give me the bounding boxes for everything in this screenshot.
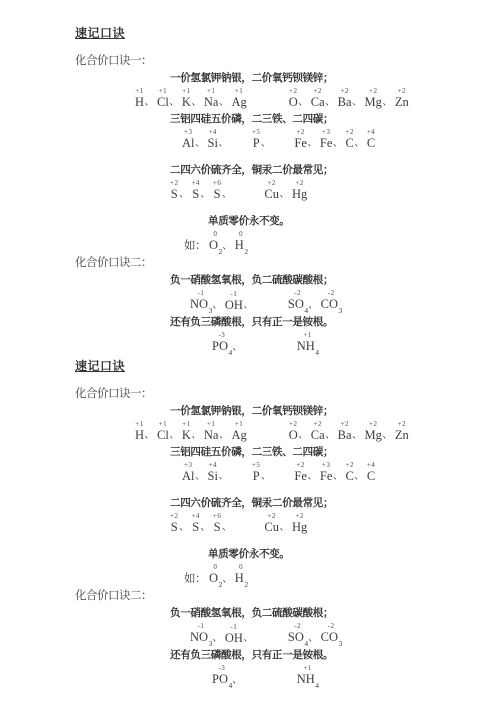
enumeration-separator: 、 [200,520,210,535]
chem-item: +1Cl、 [157,420,180,443]
chem-item: 0H2 [235,230,248,254]
chem-item: -1NO3、 [190,289,223,313]
element-symbol: C [367,469,375,484]
enumeration-separator: 、 [232,340,242,355]
formula-subscript: 4 [315,681,319,690]
element-symbol: Fe [294,136,307,151]
chem-item: +2S、 [170,179,189,202]
mnemonic-line-monovalent-divalent: 一价氢氯钾钠银，二价氧钙钡镁锌； [170,71,470,86]
document-page: 速记口诀 化合价口诀一： 一价氢氯钾钠银，二价氧钙钡镁锌； +1H、+1Cl、+… [0,0,500,708]
element-symbol: NH4 [297,339,319,355]
element-symbol: Fe [294,469,307,484]
chem-item: -2CO3 [321,622,342,646]
mnemonic-line-zero-valence: 单质零价永不变。 [208,214,470,229]
element-symbol: O2 [209,238,222,254]
formula-subscript: 4 [315,348,319,357]
enumeration-separator: 、 [325,428,335,443]
chem-item: +5P、 [252,461,271,484]
example-formulas: 0O2、0H2 [209,563,250,587]
chem-row-phosphate-ammonium: -3PO4、+1NH4 [212,331,470,355]
enumeration-separator: 、 [219,428,229,443]
valence-superscript: +1 [182,87,190,95]
valence-part1-label: 化合价口诀一： [75,387,470,402]
chem-item: +2Ca、 [311,87,336,110]
chem-group: +2Fe、+3Fe、+2C、+4C [294,128,377,151]
valence-superscript: -3 [218,331,225,339]
enumeration-separator: 、 [212,298,222,313]
element-symbol: Cu [264,520,279,535]
chem-item: +1Na、 [204,87,230,110]
chem-item: +1H、 [135,420,155,443]
enumeration-separator: 、 [222,187,232,202]
valence-superscript: +6 [213,512,221,520]
chem-group: +2S、+4S、+6S、 [170,512,234,535]
chem-row-valence-1-2: +1H、+1Cl、+1K、+1Na、+1Ag+2O、+2Ca、+2Ba、+2Mg… [135,87,470,110]
chem-item: +2Mg、 [365,87,393,110]
chem-group: +2S、+4S、+6S、 [170,179,234,202]
valence-superscript: +2 [296,128,304,136]
chem-group: -1NO3、-1OH、 [190,622,256,646]
valence-superscript: 0 [213,230,217,238]
valence-superscript: +1 [159,87,167,95]
enumeration-separator: 、 [222,572,232,587]
valence-superscript: +3 [322,461,330,469]
valence-superscript: -2 [328,289,335,297]
enumeration-separator: 、 [243,298,253,313]
chem-group: -3PO4、 [212,664,245,688]
chem-item: +5P、 [252,128,271,151]
element-symbol: NH4 [297,672,319,688]
enumeration-separator: 、 [218,136,228,151]
enumeration-separator: 、 [145,428,155,443]
formula-subscript: 4 [228,681,232,690]
chem-row-phosphate-ammonium: -3PO4、+1NH4 [212,664,470,688]
chem-item: -2SO4、 [288,289,319,313]
element-symbol: C [367,136,375,151]
enumeration-separator: 、 [261,469,271,484]
valence-superscript: +5 [252,128,260,136]
element-symbol: Ag [231,95,246,110]
enumeration-separator: 、 [200,187,210,202]
example-formulas: 0O2、0H2 [209,230,250,254]
chem-group: -2SO4、-2CO3 [288,289,344,313]
enumeration-separator: 、 [354,136,364,151]
enumeration-separator: 、 [333,469,343,484]
chem-item: +4S、 [191,512,210,535]
chem-item: +2Fe、 [294,461,318,484]
element-symbol: O [289,95,298,110]
chem-row-valence-3-4-5: +3Al、+4Si、+5P、+2Fe、+3Fe、+2C、+4C [182,461,470,484]
chem-row-zero-valence-example: 如： 0O2、0H2 [184,563,470,587]
chem-group: 0O2、0H2 [209,230,250,254]
example-prefix: 如： [184,572,206,587]
element-symbol: Ba [338,428,352,443]
chem-group: +3Al、+4Si、 [182,128,231,151]
element-symbol: Al [182,136,195,151]
chem-group: +2O、+2Ca、+2Ba、+2Mg、+2Zn [289,420,411,443]
chem-item: +2Zn [395,87,409,110]
chem-item: +2Zn [395,420,409,443]
enumeration-separator: 、 [195,136,205,151]
mnemonic-line-zero-valence: 单质零价永不变。 [208,547,470,562]
valence-superscript: +1 [235,420,243,428]
chem-item: +1Ag [231,87,246,110]
valence-superscript: +1 [159,420,167,428]
element-symbol: Fe [320,136,333,151]
element-symbol: K [182,428,191,443]
element-symbol: S [192,187,199,202]
element-symbol: C [345,469,353,484]
valence-superscript: +1 [182,420,190,428]
mnemonic-line-monovalent-divalent: 一价氢氯钾钠银，二价氧钙钡镁锌； [170,404,470,419]
chem-item: +2O、 [289,87,309,110]
chem-group: 0O2、0H2 [209,563,250,587]
mnemonic-section-2: 速记口诀 化合价口诀一： 一价氢氯钾钠银，二价氧钙钡镁锌； +1H、+1Cl、+… [75,359,470,688]
valence-superscript: +2 [345,461,353,469]
chem-item: +2Ba、 [338,420,363,443]
chem-item: +3Al、 [182,128,206,151]
chem-row-valence-1-2: +1H、+1Cl、+1K、+1Na、+1Ag+2O、+2Ca、+2Ba、+2Mg… [135,420,470,443]
chem-item: +3Fe、 [320,128,344,151]
chem-item: +6S、 [213,179,232,202]
enumeration-separator: 、 [243,631,253,646]
chem-row-negative-roots: -1NO3、-1OH、-2SO4、-2CO3 [190,289,470,313]
chem-item: +2C、 [345,461,364,484]
element-symbol: P [253,469,260,484]
element-symbol: Ca [311,95,325,110]
element-symbol: K [182,95,191,110]
enumeration-separator: 、 [307,469,317,484]
chem-group: -3PO4、 [212,331,245,355]
mnemonic-line-tri-tetra-penta: 三铝四硅五价磷，二三铁、二四碳； [170,445,470,460]
element-symbol: Zn [395,95,409,110]
element-symbol: SO4 [288,630,308,646]
formula-subscript: 4 [228,348,232,357]
valence-superscript: +1 [135,420,143,428]
valence-superscript: +2 [369,420,377,428]
chem-group: +5P、 [252,128,273,151]
element-symbol: S [192,520,199,535]
enumeration-separator: 、 [169,428,179,443]
valence-superscript: +2 [345,128,353,136]
valence-superscript: +2 [369,87,377,95]
chem-item: -1OH、 [225,290,254,313]
valence-superscript: +2 [398,420,406,428]
enumeration-separator: 、 [352,428,362,443]
chem-item: +2Fe、 [294,128,318,151]
element-symbol: O2 [209,571,222,587]
element-symbol: OH [225,298,243,313]
enumeration-separator: 、 [352,95,362,110]
element-symbol: Al [182,469,195,484]
chem-item: +4Si、 [208,128,229,151]
enumeration-separator: 、 [382,428,392,443]
valence-superscript: 0 [213,563,217,571]
element-symbol: PO4 [212,672,232,688]
enumeration-separator: 、 [325,95,335,110]
valence-superscript: +4 [208,128,216,136]
chem-row-valence-3-4-5: +3Al、+4Si、+5P、+2Fe、+3Fe、+2C、+4C [182,128,470,151]
mnemonic-line-tri-tetra-penta: 三铝四硅五价磷，二三铁、二四碳； [170,112,470,127]
valence-superscript: +2 [313,420,321,428]
mnemonic-section-1: 速记口诀 化合价口诀一： 一价氢氯钾钠银，二价氧钙钡镁锌； +1H、+1Cl、+… [75,26,470,355]
chem-item: -3PO4、 [212,664,243,688]
chem-item: -1NO3、 [190,622,223,646]
element-symbol: SO4 [288,297,308,313]
element-symbol: Ba [338,95,352,110]
mnemonic-line-phosphate-ammonium: 还有负三磷酸根，只有正一是铵根。 [170,315,470,330]
chem-item: +3Al、 [182,461,206,484]
element-symbol: P [253,136,260,151]
enumeration-separator: 、 [145,95,155,110]
valence-superscript: +4 [191,179,199,187]
element-symbol: H2 [235,238,248,254]
formula-subscript: 3 [338,639,342,648]
valence-superscript: +1 [135,87,143,95]
chem-item: +3Fe、 [320,461,344,484]
chem-group: -1NO3、-1OH、 [190,289,256,313]
enumeration-separator: 、 [212,631,222,646]
chem-item: +4Si、 [208,461,229,484]
element-symbol: NO3 [190,297,212,313]
valence-superscript: 0 [239,230,243,238]
valence-superscript: -1 [197,622,204,630]
chem-item: +4S、 [191,179,210,202]
formula-subscript: 2 [244,580,248,589]
valence-part1-label: 化合价口诀一： [75,54,470,69]
formula-subscript: 4 [304,306,308,315]
chem-item: +4C [367,128,375,151]
valence-superscript: +4 [191,512,199,520]
chem-item: +2Cu、 [264,179,290,202]
element-symbol: Mg [365,428,382,443]
element-symbol: Zn [395,428,409,443]
enumeration-separator: 、 [298,95,308,110]
chem-item: +2Ba、 [338,87,363,110]
element-symbol: Si [208,469,218,484]
chem-group: +2Cu、+2Hg [264,512,309,535]
enumeration-separator: 、 [195,469,205,484]
valence-superscript: +2 [340,420,348,428]
chem-item: 0O2、 [209,230,233,254]
chem-group: +2Cu、+2Hg [264,179,309,202]
enumeration-separator: 、 [218,469,228,484]
chem-item: +2Cu、 [264,512,290,535]
enumeration-separator: 、 [219,95,229,110]
chem-item: +4C [367,461,375,484]
element-symbol: CO3 [321,297,342,313]
valence-superscript: -2 [328,622,335,630]
element-symbol: Na [204,428,219,443]
valence-superscript: -2 [294,622,301,630]
valence-superscript: +4 [208,461,216,469]
enumeration-separator: 、 [298,428,308,443]
element-symbol: Hg [292,187,307,202]
chem-item: +1NH4 [297,331,319,355]
mnemonic-line-negative-roots: 负一硝酸氢氧根，负二硫酸碳酸根； [170,273,470,288]
enumeration-separator: 、 [354,469,364,484]
element-symbol: H [135,428,144,443]
enumeration-separator: 、 [333,136,343,151]
element-symbol: OH [225,631,243,646]
valence-superscript: -1 [230,623,237,631]
element-symbol: Mg [365,95,382,110]
valence-superscript: +6 [213,179,221,187]
chem-item: +2O、 [289,420,309,443]
valence-superscript: +4 [367,128,375,136]
chem-item: -2CO3 [321,289,342,313]
chem-item: +1Ag [231,420,246,443]
valence-superscript: -3 [218,664,225,672]
chem-group: +1NH4 [297,664,321,688]
valence-superscript: +2 [398,87,406,95]
valence-superscript: +3 [184,128,192,136]
element-symbol: Cu [264,187,279,202]
element-symbol: Ca [311,428,325,443]
enumeration-separator: 、 [308,631,318,646]
mnemonic-line-negative-roots: 负一硝酸氢氧根，负二硫酸碳酸根； [170,606,470,621]
formula-subscript: 3 [209,639,213,648]
valence-part2-label: 化合价口诀二： [75,589,470,604]
chem-row-sulfur-copper: +2S、+4S、+6S、+2Cu、+2Hg [170,512,470,535]
chem-row-sulfur-copper: +2S、+4S、+6S、+2Cu、+2Hg [170,179,470,202]
formula-subscript: 3 [209,306,213,315]
element-symbol: NO3 [190,630,212,646]
element-symbol: PO4 [212,339,232,355]
valence-superscript: +3 [184,461,192,469]
valence-superscript: 0 [239,563,243,571]
enumeration-separator: 、 [279,187,289,202]
chem-item: +2Mg、 [365,420,393,443]
valence-superscript: +1 [235,87,243,95]
enumeration-separator: 、 [222,520,232,535]
section-title: 速记口诀 [75,26,470,41]
valence-superscript: +4 [367,461,375,469]
enumeration-separator: 、 [191,95,201,110]
chem-item: +1Na、 [204,420,230,443]
valence-superscript: +2 [295,512,303,520]
chem-item: +6S、 [213,512,232,535]
valence-superscript: -2 [294,289,301,297]
chem-item: -1OH、 [225,623,254,646]
formula-subscript: 2 [219,580,223,589]
enumeration-separator: 、 [179,520,189,535]
element-symbol: S [214,187,221,202]
enumeration-separator: 、 [307,136,317,151]
chem-group: +3Al、+4Si、 [182,461,231,484]
enumeration-separator: 、 [308,298,318,313]
enumeration-separator: 、 [179,187,189,202]
element-symbol: Si [208,136,218,151]
chem-row-negative-roots: -1NO3、-1OH、-2SO4、-2CO3 [190,622,470,646]
mnemonic-line-sulfur-copper: 二四六价硫齐全，铜汞二价最常见； [170,496,470,511]
example-prefix: 如： [184,239,206,254]
valence-superscript: +1 [303,331,311,339]
chem-group: +2O、+2Ca、+2Ba、+2Mg、+2Zn [289,87,411,110]
valence-superscript: +2 [267,179,275,187]
element-symbol: Cl [157,428,169,443]
chem-item: +2Ca、 [311,420,336,443]
element-symbol: O [289,428,298,443]
element-symbol: Hg [292,520,307,535]
chem-group: +1H、+1Cl、+1K、+1Na、+1Ag [135,87,249,110]
valence-superscript: +1 [207,420,215,428]
enumeration-separator: 、 [382,95,392,110]
enumeration-separator: 、 [232,673,242,688]
valence-superscript: +2 [289,87,297,95]
valence-superscript: +1 [207,87,215,95]
valence-superscript: +2 [289,420,297,428]
valence-superscript: +2 [170,512,178,520]
chem-group: +2Fe、+3Fe、+2C、+4C [294,461,377,484]
valence-superscript: +2 [296,461,304,469]
element-symbol: Cl [157,95,169,110]
element-symbol: S [171,187,178,202]
chem-item: +1K、 [182,87,202,110]
valence-superscript: -1 [230,290,237,298]
chem-item: +2Hg [292,179,307,202]
element-symbol: S [171,520,178,535]
chem-group: +5P、 [252,461,273,484]
valence-superscript: -1 [197,289,204,297]
chem-group: +1H、+1Cl、+1K、+1Na、+1Ag [135,420,249,443]
chem-item: 0H2 [235,563,248,587]
section-title: 速记口诀 [75,359,470,374]
valence-superscript: +2 [170,179,178,187]
element-symbol: Na [204,95,219,110]
chem-group: -2SO4、-2CO3 [288,622,344,646]
valence-superscript: +2 [267,512,275,520]
element-symbol: Fe [320,469,333,484]
mnemonic-line-sulfur-copper: 二四六价硫齐全，铜汞二价最常见； [170,163,470,178]
valence-superscript: +3 [322,128,330,136]
valence-superscript: +5 [252,461,260,469]
valence-superscript: +2 [340,87,348,95]
formula-subscript: 2 [244,247,248,256]
chem-item: +2S、 [170,512,189,535]
chem-item: -3PO4、 [212,331,243,355]
element-symbol: H [135,95,144,110]
chem-item: 0O2、 [209,563,233,587]
enumeration-separator: 、 [222,239,232,254]
chem-item: +2Hg [292,512,307,535]
chem-item: +1NH4 [297,664,319,688]
chem-item: +1K、 [182,420,202,443]
enumeration-separator: 、 [279,520,289,535]
chem-group: +1NH4 [297,331,321,355]
enumeration-separator: 、 [191,428,201,443]
element-symbol: CO3 [321,630,342,646]
valence-superscript: +2 [295,179,303,187]
valence-superscript: +1 [303,664,311,672]
element-symbol: H2 [235,571,248,587]
enumeration-separator: 、 [169,95,179,110]
valence-superscript: +2 [313,87,321,95]
enumeration-separator: 、 [261,136,271,151]
formula-subscript: 2 [219,247,223,256]
element-symbol: Ag [231,428,246,443]
chem-item: +1Cl、 [157,87,180,110]
chem-item: -2SO4、 [288,622,319,646]
element-symbol: S [214,520,221,535]
element-symbol: C [345,136,353,151]
chem-item: +2C、 [345,128,364,151]
chem-item: +1H、 [135,87,155,110]
formula-subscript: 3 [338,306,342,315]
valence-part2-label: 化合价口诀二： [75,256,470,271]
chem-row-zero-valence-example: 如： 0O2、0H2 [184,230,470,254]
formula-subscript: 4 [304,639,308,648]
